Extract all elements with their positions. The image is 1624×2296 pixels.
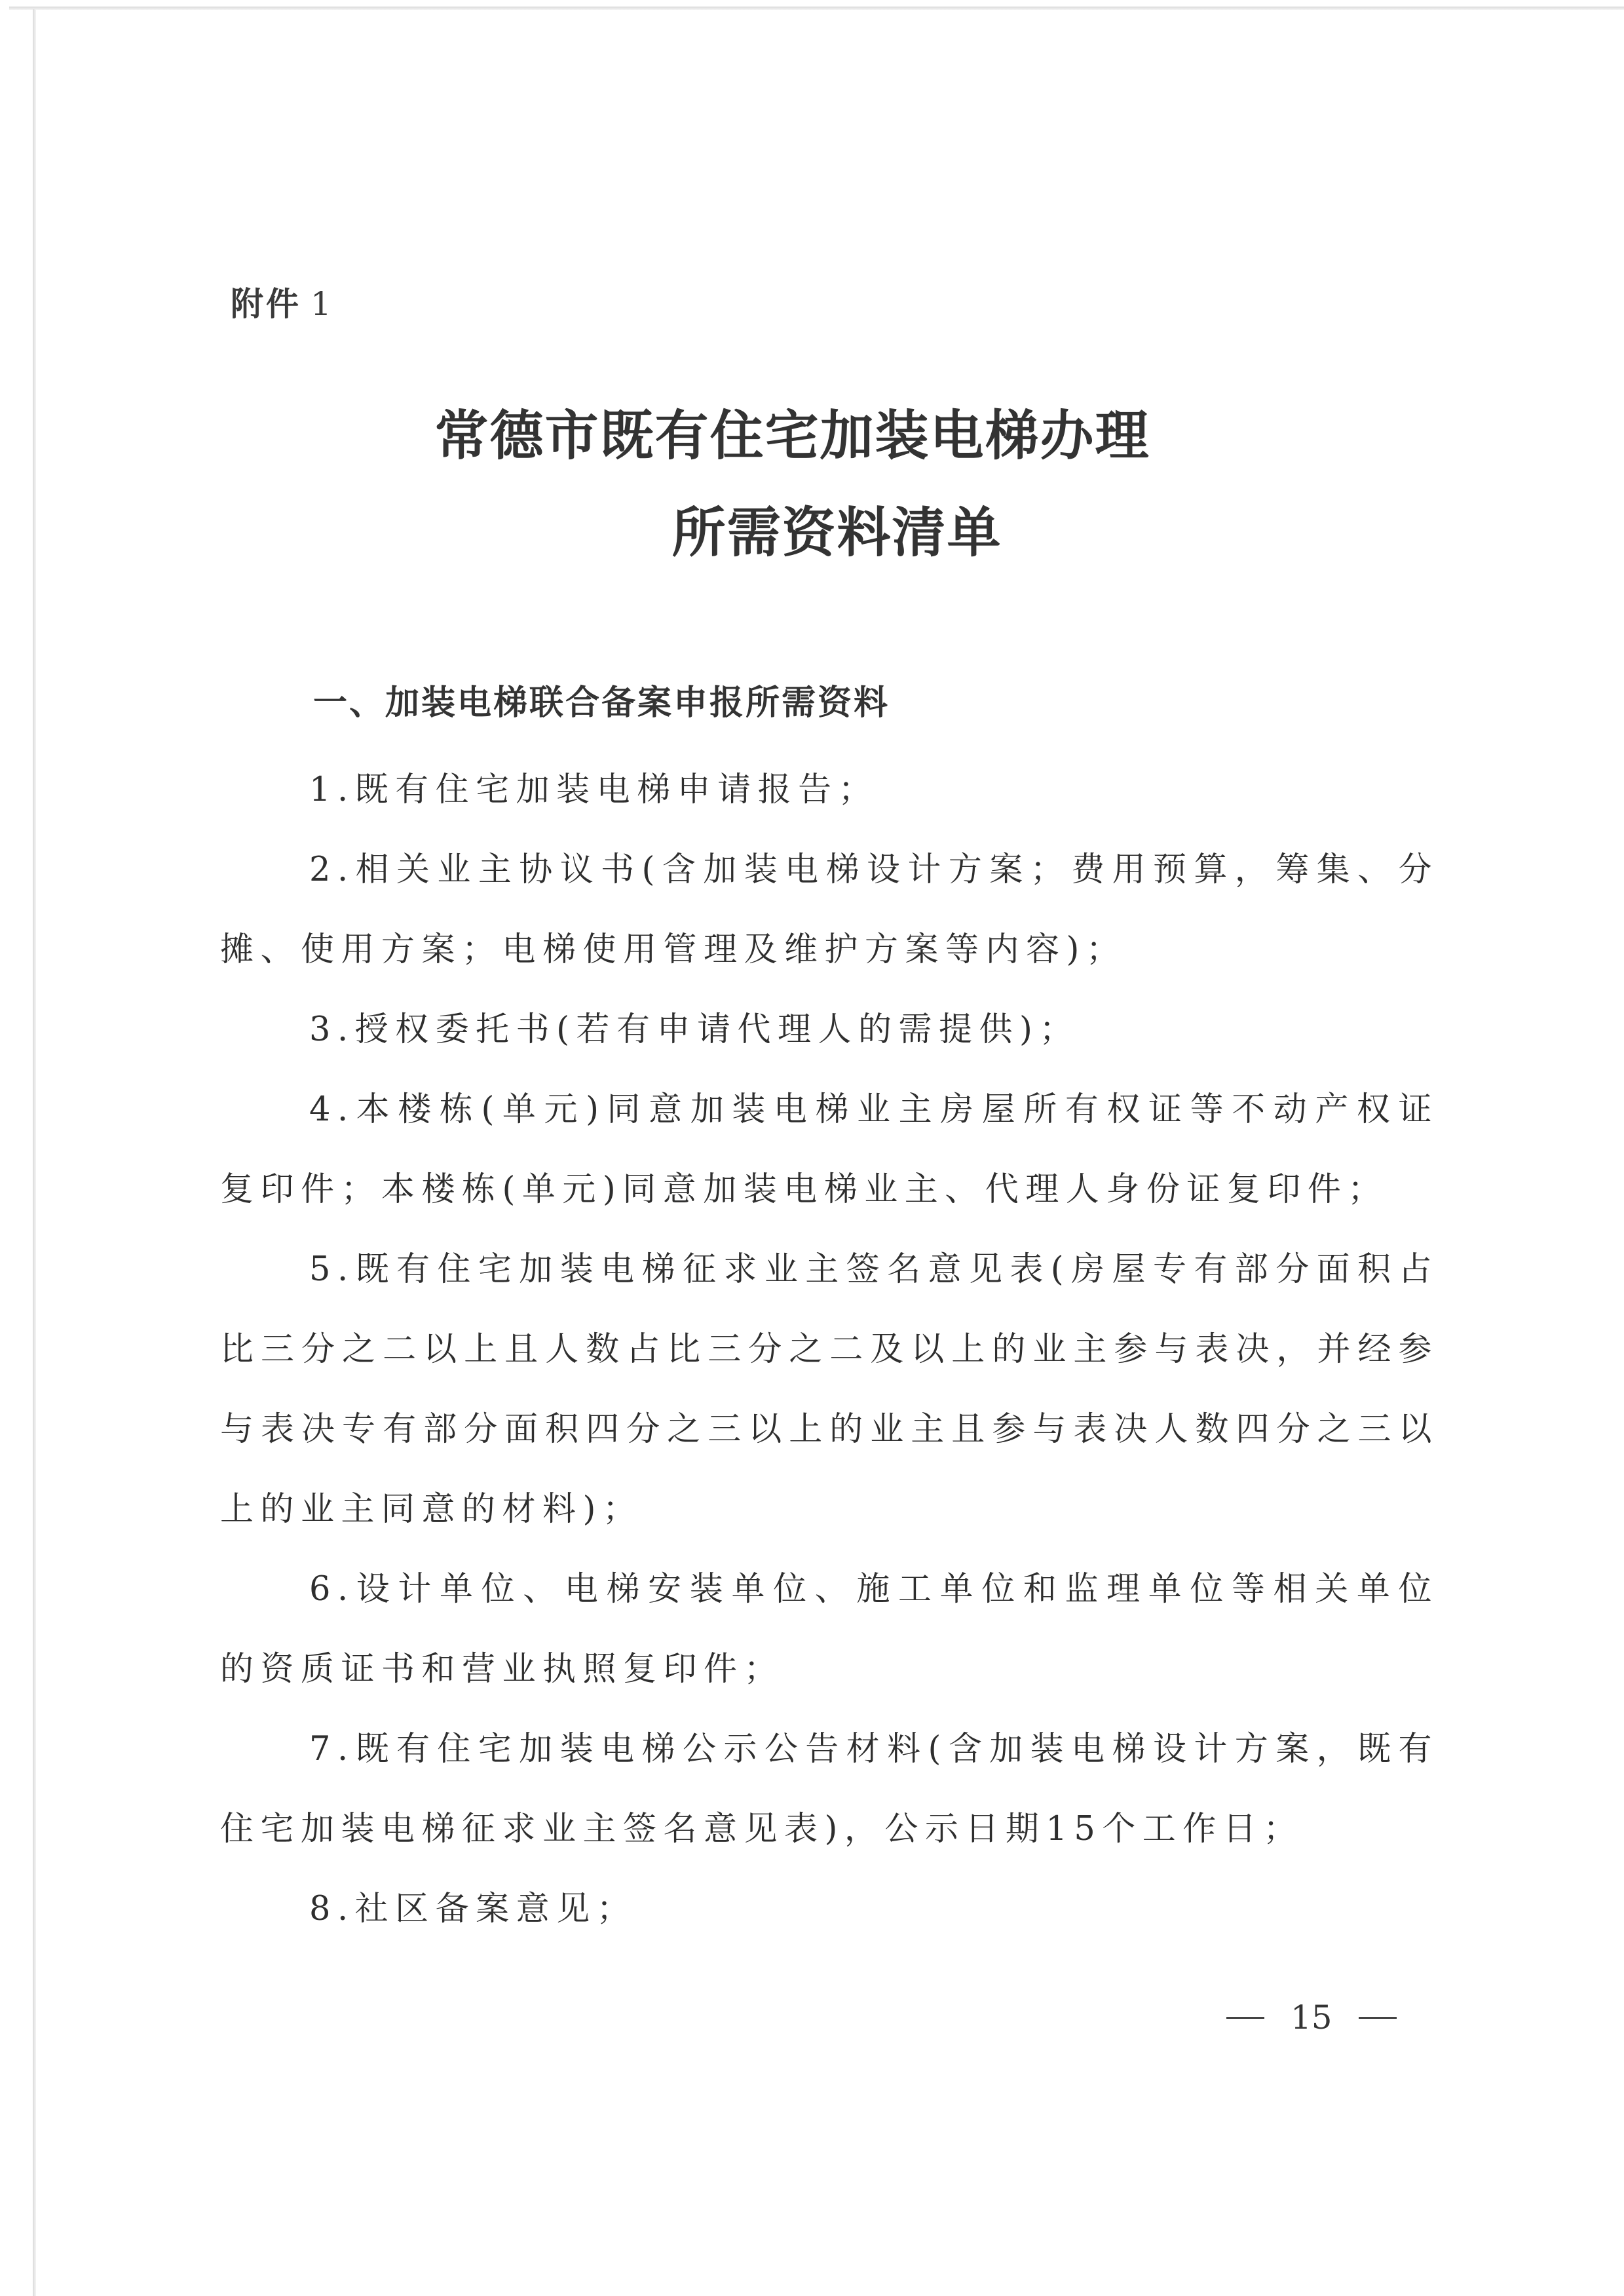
list-item: 2.相关业主协议书(含加装电梯设计方案；费用预算，筹集、分摊、使用方案；电梯使用…	[220, 830, 1439, 990]
document-title-line-1: 常德市既有住宅加装电梯办理	[0, 393, 1604, 470]
list-item: 6.设计单位、电梯安装单位、施工单位和监理单位等相关单位的资质证书和营业执照复印…	[220, 1550, 1439, 1710]
list-item: 4.本楼栋(单元)同意加装电梯业主房屋所有权证等不动产权证复印件；本楼栋(单元)…	[220, 1070, 1439, 1230]
requirements-list: 1.既有住宅加装电梯申请报告； 2.相关业主协议书(含加装电梯设计方案；费用预算…	[220, 750, 1439, 1949]
page-number-value: 15	[1291, 1999, 1332, 2037]
list-item: 1.既有住宅加装电梯申请报告；	[220, 750, 1439, 830]
section-heading: 一、加装电梯联合备案申报所需资料	[313, 675, 890, 724]
page-number: 15	[1226, 1999, 1397, 2037]
attachment-label-text: 附件	[231, 285, 301, 323]
list-item: 8.社区备案意见；	[220, 1869, 1439, 1949]
attachment-label: 附件1	[231, 278, 334, 325]
scan-edge-top	[9, 7, 1624, 10]
list-item: 5.既有住宅加装电梯征求业主签名意见表(房屋专有部分面积占比三分之二以上且人数占…	[220, 1230, 1439, 1550]
scan-edge-left	[33, 9, 36, 2296]
document-title-line-2: 所需资料清单	[25, 490, 1624, 567]
attachment-number: 1	[311, 285, 334, 323]
list-item: 7.既有住宅加装电梯公示公告材料(含加装电梯设计方案，既有住宅加装电梯征求业主签…	[220, 1710, 1439, 1869]
list-item: 3.授权委托书(若有申请代理人的需提供)；	[220, 990, 1439, 1070]
page-number-dash-left	[1226, 2017, 1264, 2019]
page-number-dash-right	[1359, 2017, 1397, 2019]
